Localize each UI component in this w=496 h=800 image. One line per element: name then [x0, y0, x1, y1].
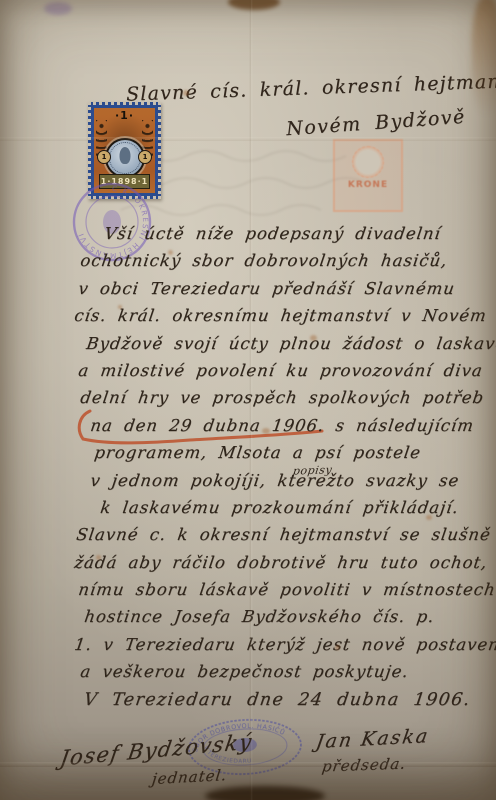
foxing-spot [183, 90, 189, 96]
handwriting-line: nímu sboru láskavě povoliti v místnostec… [76, 580, 476, 607]
foxing-spot [310, 335, 317, 341]
foxing-spot [96, 555, 101, 560]
fold-crease-vertical [249, 0, 253, 800]
control-stamp: KRONE [333, 139, 403, 212]
handwriting-line: programem, Mlsota a psí postele [92, 443, 476, 470]
foxing-spot [262, 428, 270, 434]
stamp-side-value-right: 1 [138, 150, 152, 164]
inserted-word: popisy [292, 463, 333, 477]
handwriting-line: a veškerou bezpečnost poskytuje. [78, 662, 476, 689]
foxing-spot [426, 515, 432, 520]
control-stamp-rosette [352, 146, 384, 178]
control-stamp-label: KRONE [335, 180, 401, 190]
closing-date-line: V Tereziedaru dne 24 dubna 1906. [83, 690, 472, 710]
handwriting-line: v obci Tereziedaru přednáší Slavnému [76, 279, 476, 306]
handwriting-line: a milostivé povolení ku provozování diva [76, 361, 476, 388]
handwriting-line: 1. v Tereziedaru kterýž jest nově postav… [72, 635, 476, 662]
fold-crease-horizontal-top [0, 137, 496, 141]
ink-smudge [44, 2, 72, 15]
handwriting-line: žádá aby ráčilo dobrotivě hru tuto ochot… [72, 553, 476, 580]
handwriting-line: ochotnický sbor dobrovolných hasičů, [78, 251, 476, 278]
handwriting-line: Slavné c. k okresní hejtmanství se slušn… [74, 525, 476, 552]
paper-stain-top-right [472, 0, 496, 116]
emperor-head-silhouette [119, 147, 130, 164]
foxing-spot [335, 645, 340, 650]
handwriting-line: hostince Josefa Bydžovského čís. p. [82, 607, 476, 634]
handwriting-line-underlined: na den 29 dubna 1906. s následujícím [88, 416, 476, 443]
handwriting-line: k laskavému prozkoumání přikládají. [98, 498, 476, 525]
handwriting-line: v jednom pokojíji, kterežto svazky se [88, 471, 476, 498]
body-text: Vší úctě níže podepsaný divadelní ochotn… [72, 224, 472, 690]
handwriting-line: Vší úctě níže podepsaný divadelní [102, 224, 476, 251]
stamp-side-value-left: 1 [97, 150, 111, 164]
foxing-spot [168, 250, 173, 255]
document-photo: KRONE ·1· 1 1 KRONE 1·1898·1 C·K· OKRESN… [0, 0, 496, 800]
foxing-spot [118, 305, 122, 309]
fold-crease-horizontal-bottom [0, 762, 496, 767]
handwriting-line: cís. král. okresnímu hejtmanství v Novém [72, 306, 476, 333]
handwriting-line: delní hry ve prospěch spolkových potřeb [78, 388, 476, 415]
handwriting-line: Bydžově svojí úcty plnou žádost o laskav… [84, 334, 476, 361]
paper-damage-bottom [205, 786, 325, 800]
